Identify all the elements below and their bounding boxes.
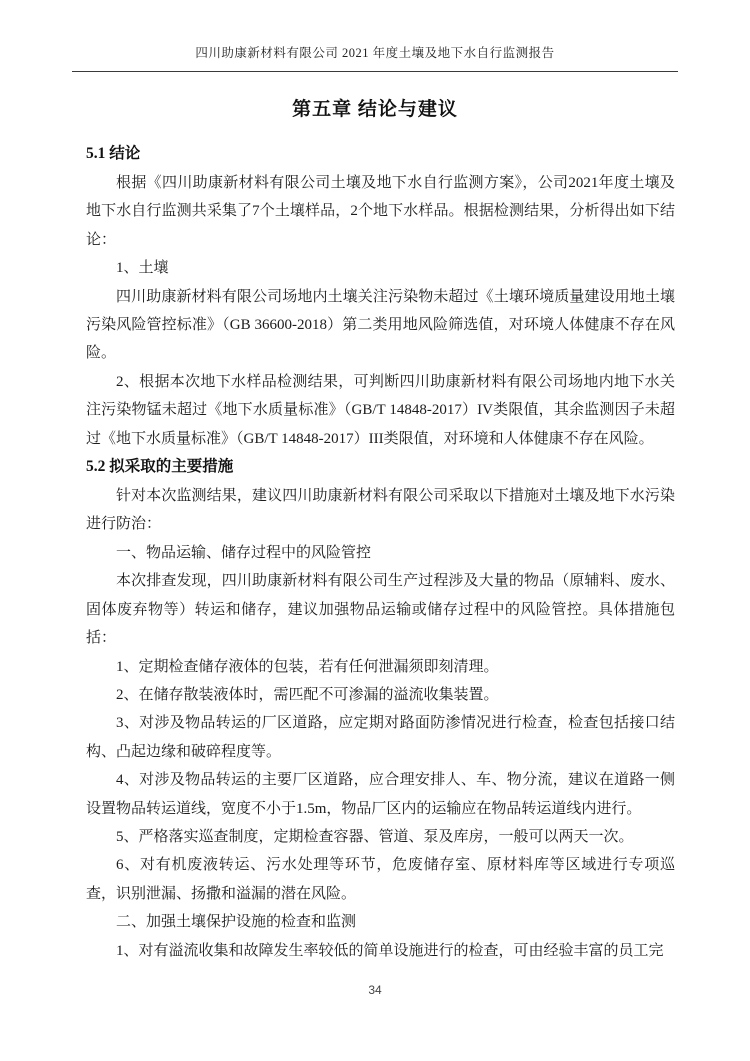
section-heading-5-2: 5.2 拟采取的主要措施 <box>86 454 675 480</box>
page-number: 34 <box>0 983 750 997</box>
paragraph: 5、严格落实巡查制度，定期检查容器、管道、泵及库房，一般可以两天一次。 <box>86 823 675 851</box>
paragraph: 本次排查发现，四川助康新材料有限公司生产过程涉及大量的物品（原辅料、废水、固体废… <box>86 567 675 652</box>
paragraph: 3、对涉及物品转运的厂区道路，应定期对路面防渗情况进行检查，检查包括接口结构、凸… <box>86 709 675 766</box>
paragraph: 二、加强土壤保护设施的检查和监测 <box>86 908 675 936</box>
document-page: 四川助康新材料有限公司 2021 年度土壤及地下水自行监测报告 第五章 结论与建… <box>0 0 750 1061</box>
paragraph: 根据《四川助康新材料有限公司土壤及地下水自行监测方案》，公司2021年度土壤及地… <box>86 169 675 254</box>
paragraph: 2、在储存散装液体时，需匹配不可渗漏的溢流收集装置。 <box>86 681 675 709</box>
paragraph: 1、定期检查储存液体的包装，若有任何泄漏须即刻清理。 <box>86 653 675 681</box>
paragraph: 一、物品运输、储存过程中的风险管控 <box>86 539 675 567</box>
paragraph: 四川助康新材料有限公司场地内土壤关注污染物未超过《土壤环境质量建设用地土壤污染风… <box>86 283 675 368</box>
chapter-title: 第五章 结论与建议 <box>0 96 750 124</box>
paragraph: 4、对涉及物品转运的主要厂区道路，应合理安排人、车、物分流，建议在道路一侧设置物… <box>86 766 675 823</box>
paragraph: 1、对有溢流收集和故障发生率较低的简单设施进行的检查，可由经验丰富的员工完 <box>86 937 675 965</box>
paragraph: 1、土壤 <box>86 254 675 282</box>
paragraph: 6、对有机废液转运、污水处理等环节，危废储存室、原材料库等区域进行专项巡查，识别… <box>86 851 675 908</box>
paragraph: 2、根据本次地下水样品检测结果，可判断四川助康新材料有限公司场地内地下水关注污染… <box>86 368 675 453</box>
paragraph: 针对本次监测结果，建议四川助康新材料有限公司采取以下措施对土壤及地下水污染进行防… <box>86 482 675 539</box>
section-heading-5-1: 5.1 结论 <box>86 141 675 167</box>
header-divider <box>72 71 678 72</box>
document-body: 5.1 结论 根据《四川助康新材料有限公司土壤及地下水自行监测方案》，公司202… <box>86 141 675 965</box>
header-title: 四川助康新材料有限公司 2021 年度土壤及地下水自行监测报告 <box>0 46 750 61</box>
page-header: 四川助康新材料有限公司 2021 年度土壤及地下水自行监测报告 <box>0 0 750 72</box>
